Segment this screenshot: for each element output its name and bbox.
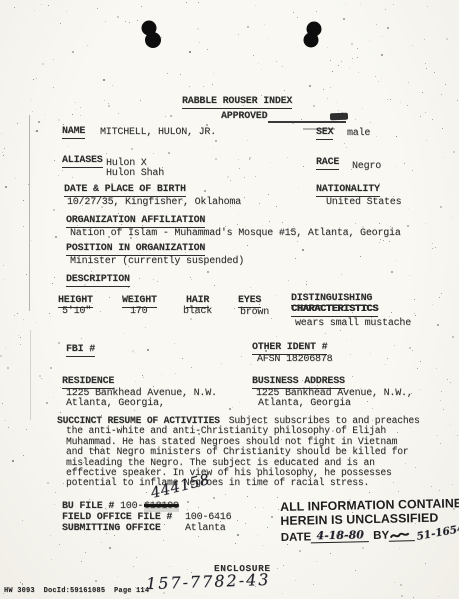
- sex-value: male: [347, 129, 370, 139]
- other-ident-value: AFSN 18206878: [257, 355, 332, 365]
- characteristics-label: CHARACTERISTICS: [291, 305, 378, 317]
- approved-ink-mark: [330, 113, 348, 121]
- scanned-document-page: RABBLE ROUSER INDEX APPROVED NAME MITCHE…: [0, 0, 459, 599]
- ink-blob-icon: [299, 21, 329, 51]
- field-office-file-label: FIELD OFFICE FILE #: [62, 513, 172, 523]
- aliases-label: ALIASES: [62, 156, 103, 168]
- position-value: Minister (currently suspended): [70, 257, 244, 267]
- stamp-line: HEREIN IS UNCLASSIFIED: [280, 511, 458, 528]
- ink-blob-icon: [136, 19, 166, 51]
- eyes-value: brown: [240, 308, 269, 318]
- resume-paragraph: SUCCINCT RESUME OF ACTIVITIESSubject sub…: [57, 416, 459, 489]
- approved-blank-line: [268, 121, 346, 123]
- residence-value: Atlanta, Georgia,: [66, 399, 165, 409]
- distinguishing-value: wears small mustache: [295, 319, 411, 329]
- race-label: RACE: [316, 158, 339, 170]
- position-label: POSITION IN ORGANIZATION: [66, 244, 205, 256]
- organization-value: Nation of Islam - Muhammad's Mosque #15,…: [70, 229, 401, 239]
- birth-value: 10/27/35, Kingfisher, Oklahoma: [67, 198, 241, 208]
- nationality-value: United States: [326, 198, 401, 208]
- initials-scribble-icon: [389, 530, 415, 542]
- archive-footer-line: HW 3093 DocId:59161085 Page 114: [4, 586, 149, 596]
- bu-file-struck-number: 618190: [144, 502, 179, 512]
- organization-label: ORGANIZATION AFFILIATION: [66, 216, 205, 228]
- alias-value: Hulon Shah: [106, 169, 164, 179]
- race-value: Negro: [352, 162, 381, 172]
- field-office-file-value: 100-6416: [185, 513, 231, 523]
- bu-file-prefix: 100-: [120, 502, 143, 512]
- stamp-date-label: DATE: [281, 531, 312, 544]
- fbi-number-label: FBI #: [66, 345, 95, 357]
- stamp-date-value: 4-18-80: [311, 528, 369, 543]
- declassification-stamp: ALL INFORMATION CONTAINED HEREIN IS UNCL…: [280, 497, 459, 544]
- nationality-label: NATIONALITY: [316, 185, 380, 197]
- page-crease: [29, 115, 30, 311]
- stamp-by-label: BY: [373, 530, 389, 542]
- description-label: DESCRIPTION: [66, 275, 130, 287]
- serial-number-handwritten: 157-7782-43: [146, 570, 271, 593]
- sex-label: SEX: [316, 128, 333, 140]
- page-crease: [30, 330, 31, 420]
- stamp-date-row: DATE 4-18-80 BY 51-1654/w: [281, 526, 459, 544]
- name-value: MITCHELL, HULON, JR.: [100, 128, 216, 138]
- resume-label: SUCCINCT RESUME OF ACTIVITIES: [57, 415, 220, 426]
- weight-value: 170: [130, 307, 147, 317]
- approved-label: APPROVED: [221, 112, 267, 122]
- page-title: RABBLE ROUSER INDEX: [182, 97, 292, 109]
- birth-label: DATE & PLACE OF BIRTH: [64, 185, 186, 197]
- submitting-office-label: SUBMITTING OFFICE: [62, 524, 161, 534]
- name-label: NAME: [62, 127, 85, 139]
- business-address-value: Atlanta, Georgia: [258, 399, 351, 409]
- hair-value: black: [183, 307, 212, 317]
- bu-file-label: BU FILE #: [62, 502, 114, 512]
- height-value: 5'10": [62, 307, 91, 317]
- submitting-office-value: Atlanta: [185, 524, 226, 534]
- resume-text: Subject subscribes to and preaches the a…: [66, 415, 420, 488]
